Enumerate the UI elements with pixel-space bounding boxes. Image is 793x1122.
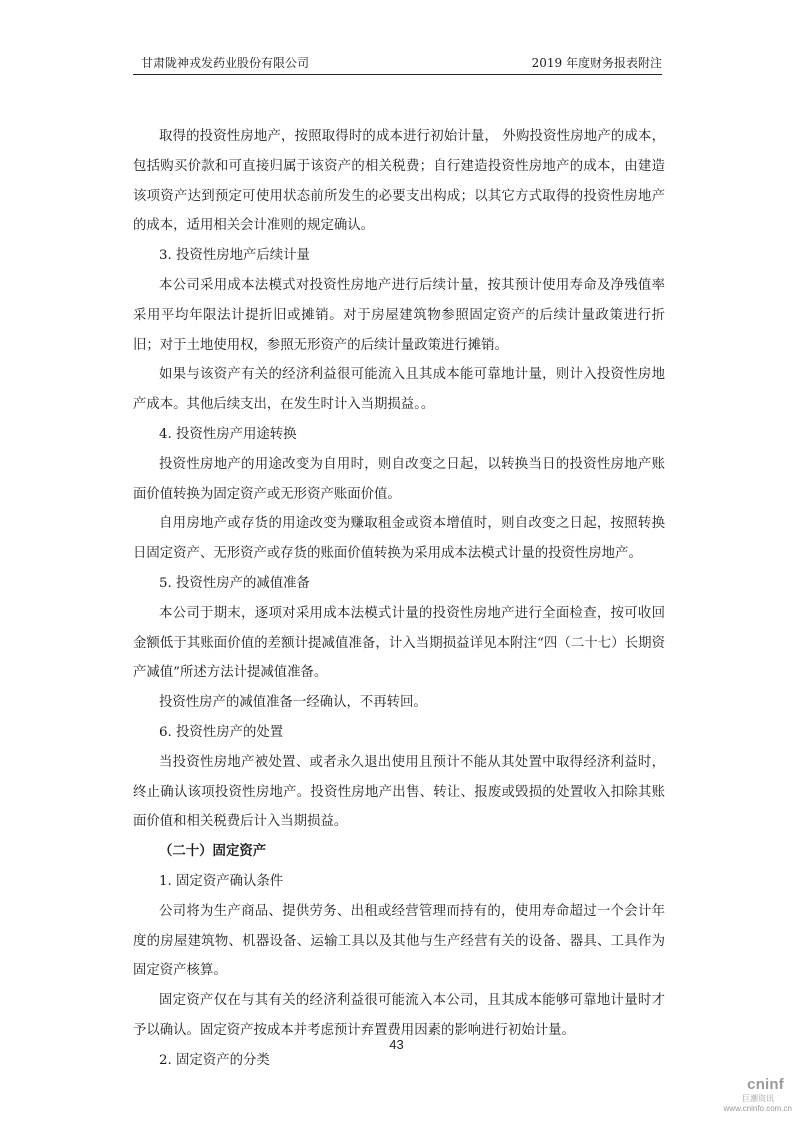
watermark-brand-cn: 巨潮资讯 (722, 1094, 774, 1104)
page-header: 甘肃陇神戎发药业股份有限公司 2019 年度财务报表附注 (133, 52, 662, 75)
cninfo-watermark: cninf 巨潮资讯 www.cninfo.com.cn (722, 1076, 793, 1114)
section-heading: （二十）固定资产 (133, 837, 665, 867)
paragraph: 4. 投资性房产用途转换 (133, 420, 665, 450)
page-number: 43 (0, 1037, 793, 1052)
paragraph: 本公司采用成本法模式对投资性房地产进行后续计量，按其预计使用寿命及净残值率采用平… (133, 271, 665, 360)
paragraph: 自用房地产或存货的用途改变为赚取租金或资本增值时，则自改变之日起，按照转换日固定… (133, 509, 665, 569)
paragraph: 当投资性房地产被处置、或者永久退出使用且预计不能从其处置中取得经济利益时，终止确… (133, 748, 665, 837)
header-report-title: 2019 年度财务报表附注 (532, 54, 662, 71)
paragraph: 投资性房产的减值准备一经确认，不再转回。 (133, 688, 665, 718)
paragraph: 5. 投资性房产的减值准备 (133, 569, 665, 599)
watermark-brand: cninf (747, 1076, 784, 1093)
paragraph: 如果与该资产有关的经济利益很可能流入且其成本能可靠地计量，则计入投资性房地产成本… (133, 360, 665, 420)
paragraph: 本公司于期末，逐项对采用成本法模式计量的投资性房地产进行全面检查，按可收回金额低… (133, 599, 665, 688)
paragraph: 取得的投资性房地产，按照取得时的成本进行初始计量， 外购投资性房地产的成本，包括… (133, 122, 665, 241)
document-body: 取得的投资性房地产，按照取得时的成本进行初始计量， 外购投资性房地产的成本，包括… (133, 122, 665, 1076)
paragraph: 6. 投资性房产的处置 (133, 718, 665, 748)
paragraph: 3. 投资性房地产后续计量 (133, 241, 665, 271)
header-company-name: 甘肃陇神戎发药业股份有限公司 (141, 54, 309, 71)
paragraph: 1. 固定资产确认条件 (133, 867, 665, 897)
watermark-url: www.cninfo.com.cn (720, 1104, 792, 1114)
paragraph: 公司将为生产商品、提供劳务、出租或经营管理而持有的，使用寿命超过一个会计年度的房… (133, 897, 665, 986)
paragraph: 投资性房地产的用途改变为自用时，则自改变之日起，以转换当日的投资性房地产账面价值… (133, 450, 665, 510)
